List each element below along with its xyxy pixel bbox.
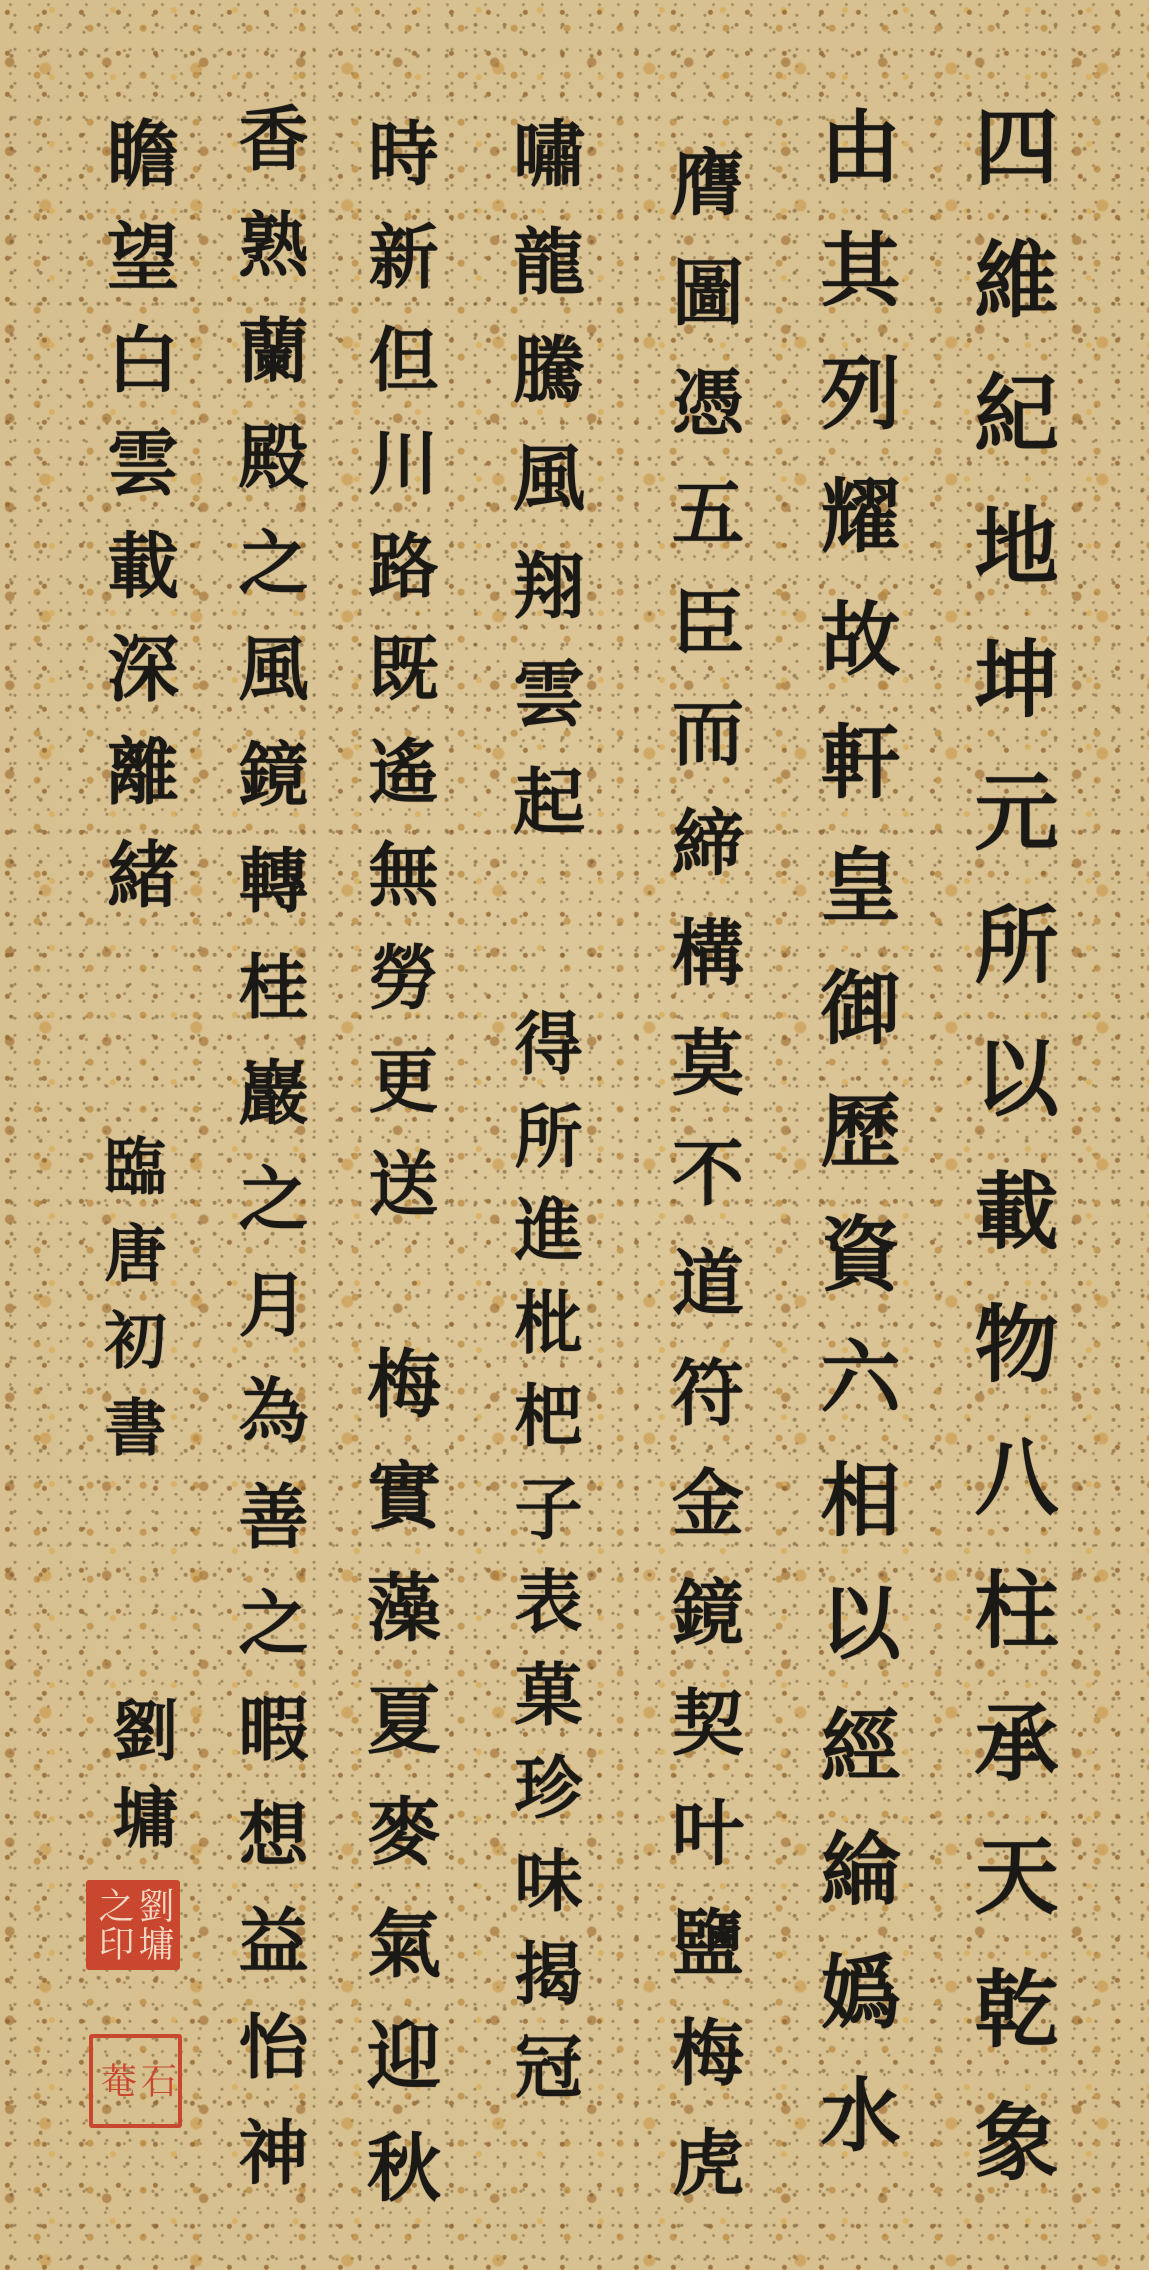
text-column-5-lower: 梅實藻夏麥氣迎秋 bbox=[361, 1345, 435, 2241]
seal-text-left: 菴 bbox=[98, 2062, 134, 2100]
text-column-4-lower: 得所進枇杷子表菓珍味揭冠 bbox=[509, 1008, 577, 2124]
seal-studio-relief: 石 菴 bbox=[89, 2034, 182, 2128]
text-column-6: 香熟蘭殿之風鏡轉桂巖之月為善之暇想益怡神 bbox=[233, 102, 303, 2222]
seal-text-right: 劉墉 bbox=[135, 1887, 171, 1963]
seal-name-intaglio: 劉墉 之印 bbox=[86, 1880, 180, 1970]
text-column-4-upper: 嘯龍騰風翔雲起 bbox=[507, 116, 579, 872]
seal-text-right: 石 bbox=[138, 2062, 174, 2100]
calligraphy-scroll: 四維紀地坤元所以載物八柱承天乾象 由其列耀故軒皇御歷資六相以經綸嬀水 膺圖憑五臣… bbox=[0, 0, 1149, 2270]
text-column-2: 由其列耀故軒皇御歷資六相以經綸嬀水 bbox=[814, 105, 894, 2196]
signature: 劉墉 bbox=[107, 1696, 173, 1870]
inscription: 臨唐初書 bbox=[99, 1134, 161, 1482]
text-column-3: 膺圖憑五臣而締構莫不道符金鏡契叶鹽梅虎 bbox=[666, 145, 738, 2235]
text-column-1: 四維紀地坤元所以載物八柱承天乾象 bbox=[968, 103, 1052, 2231]
text-column-5-upper: 時新但川路既遙無勞更送 bbox=[363, 117, 433, 1250]
seal-text-left: 之印 bbox=[95, 1887, 131, 1963]
text-column-7: 瞻望白雲載深離緒 bbox=[101, 116, 173, 940]
